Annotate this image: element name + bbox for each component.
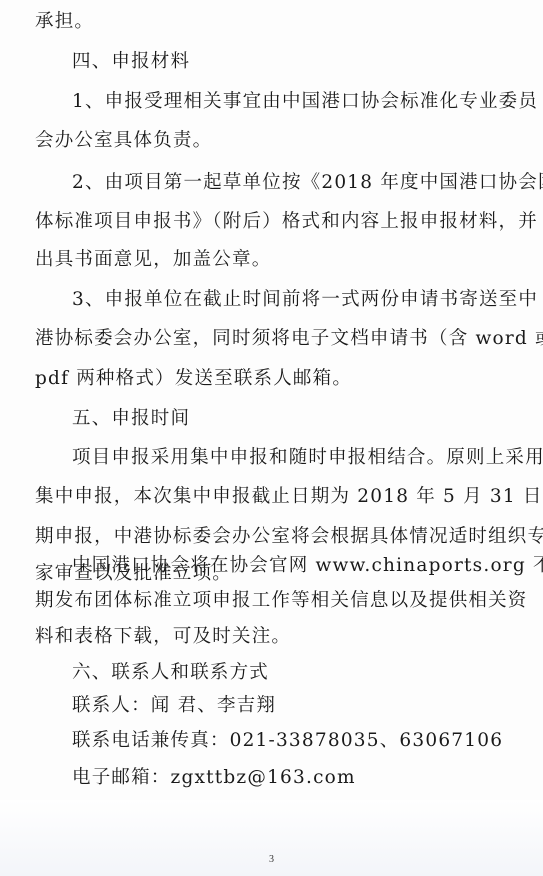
paragraph-line: 1、申报受理相关事宜由中国港口协会标准化专业委员 (72, 90, 511, 114)
paragraph-line: pdf 两种格式）发送至联系人邮箱。 (35, 367, 511, 391)
paragraph-line: 3、申报单位在截止时间前将一式两份申请书寄送至中 (72, 288, 511, 312)
text-line-continuation: 承担。 (35, 10, 511, 34)
contact-persons: 联系人：闻 君、李吉翔 (72, 694, 511, 718)
section-heading-6-contacts: 六、联系人和联系方式 (72, 661, 511, 685)
paragraph-line: 料和表格下载，可及时关注。 (35, 625, 511, 649)
paragraph-line: 出具书面意见，加盖公章。 (35, 248, 511, 272)
paragraph-line: 期申报，中港协标委会办公室将会根据具体情况适时组织专 (35, 525, 511, 549)
page-number: 3 (0, 854, 543, 865)
paragraph-line: 期发布团体标准立项申报工作等相关信息以及提供相关资 (35, 589, 511, 613)
document-page: 承担。 四、申报材料 1、申报受理相关事宜由中国港口协会标准化专业委员 会办公室… (0, 0, 543, 876)
paragraph-line: 港协标委会办公室，同时须将电子文档申请书（含 word 或 (35, 327, 511, 351)
paragraph-line: 项目申报采用集中申报和随时申报相结合。原则上采用 (72, 446, 511, 470)
paragraph-line: 集中申报，本次集中申报截止日期为 2018 年 5 月 31 日；逾 (35, 485, 511, 509)
contact-phone-fax: 联系电话兼传真：021-33878035、63067106 (72, 729, 511, 753)
contact-email: 电子邮箱：zgxttbz@163.com (72, 766, 511, 790)
section-heading-4-materials: 四、申报材料 (72, 50, 511, 74)
paragraph-line-website: 中国港口协会将在协会官网 www.chinaports.org 不定 (72, 554, 511, 578)
section-heading-5-time: 五、申报时间 (72, 407, 511, 431)
paragraph-line: 2、由项目第一起草单位按《2018 年度中国港口协会团 (72, 171, 511, 195)
paragraph-line: 体标准项目申报书》（附后）格式和内容上报申报材料，并 (35, 210, 511, 234)
paragraph-line: 会办公室具体负责。 (35, 129, 511, 153)
